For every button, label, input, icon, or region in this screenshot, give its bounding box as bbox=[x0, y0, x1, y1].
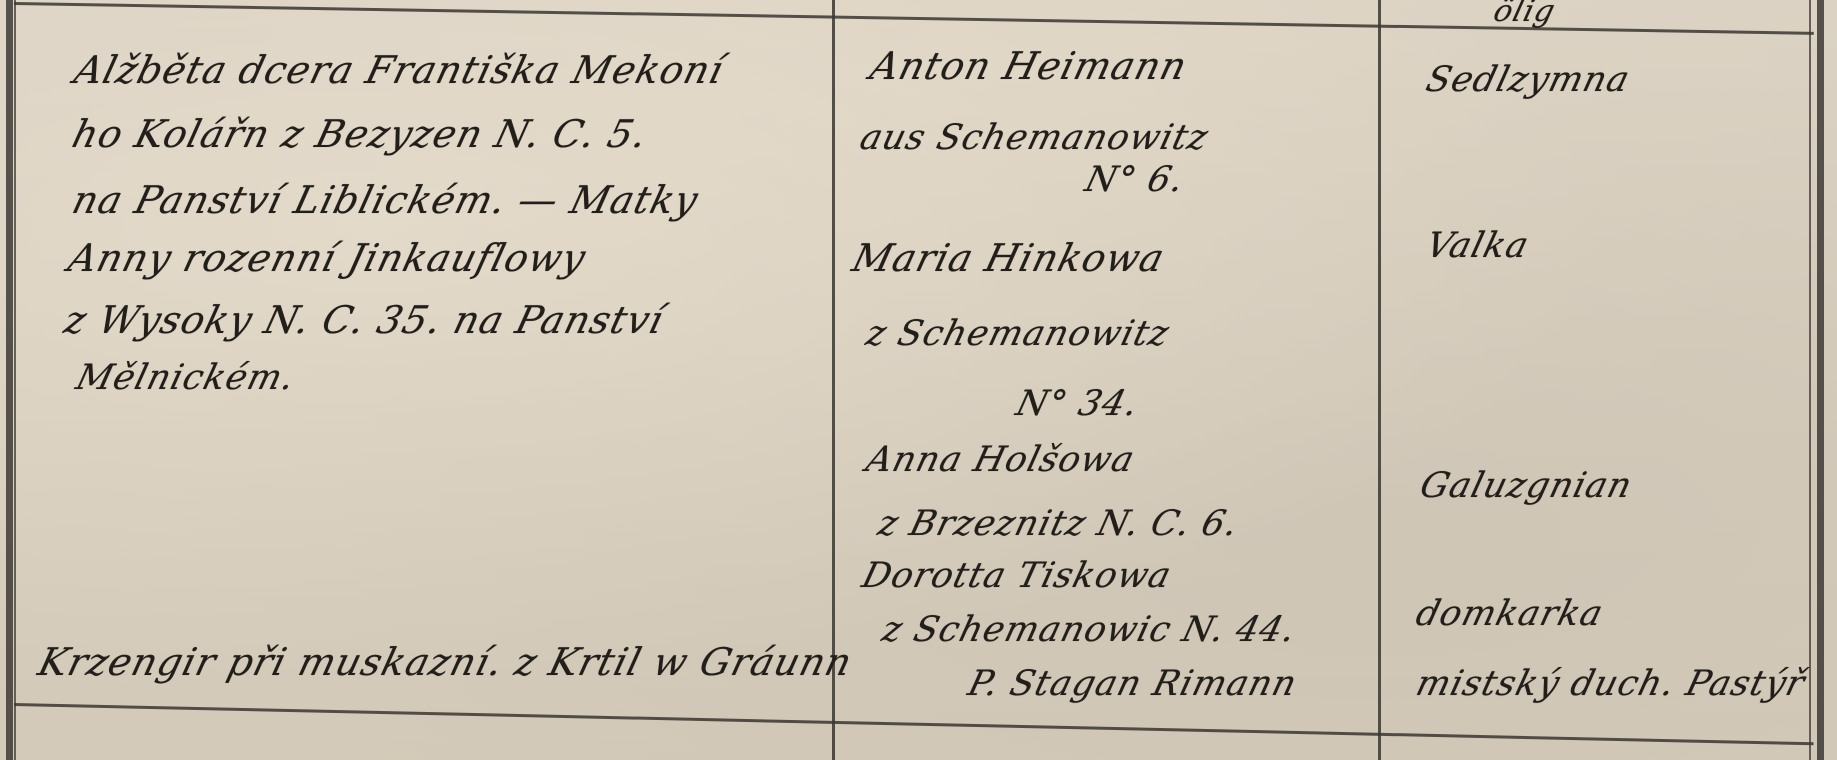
entry-line: na Panství Liblickém. — Matky bbox=[68, 178, 703, 222]
godparent-line: z Schemanowitz bbox=[862, 314, 1174, 354]
bottom-row-col1: Krzengir při muskazní. z Krtil w Gráunn bbox=[34, 640, 857, 684]
godparent-line: z Brzeznitz N. C. 6. bbox=[874, 504, 1243, 544]
right-border-inner bbox=[1809, 0, 1811, 760]
left-border-inner bbox=[14, 0, 16, 760]
godparent-line: z Schemanowic N. 44. bbox=[878, 610, 1300, 650]
entry-line: z Wysoky N. C. 35. na Panství bbox=[60, 298, 669, 342]
entry-line: Alžběta dcera Františka Mekoní bbox=[70, 48, 729, 92]
column-status: Sedlzymna Valka Galuzgnian domkarka bbox=[1382, 0, 1807, 760]
column-divider-2 bbox=[1378, 0, 1381, 760]
house-number: N° 34. bbox=[1012, 384, 1143, 424]
status-line: Galuzgnian bbox=[1416, 466, 1637, 506]
godparent-line: Anton Heimann bbox=[866, 44, 1192, 88]
godparent-line: Dorotta Tiskowa bbox=[858, 556, 1176, 596]
entry-line: Anny rozenní Jinkauflowy bbox=[64, 236, 591, 280]
godparent-line: Maria Hinkowa bbox=[848, 236, 1169, 280]
entry-line: ho Kolářn z Bezyzen N. C. 5. bbox=[68, 112, 652, 156]
entry-line: Mělnickém. bbox=[72, 358, 299, 398]
right-border-outer bbox=[1817, 0, 1824, 760]
status-line: Sedlzymna bbox=[1422, 60, 1634, 100]
house-number: N° 6. bbox=[1081, 160, 1189, 200]
godparent-line: aus Schemanowitz bbox=[856, 118, 1213, 158]
column-godparents: Anton Heimann aus Schemanowitz N° 6. Mar… bbox=[836, 0, 1376, 760]
status-line: Valka bbox=[1422, 226, 1533, 266]
status-line: domkarka bbox=[1412, 594, 1608, 634]
godparent-line: Anna Holšowa bbox=[862, 440, 1139, 480]
register-page: ölig Alžběta dcera Františka Mekoní ho K… bbox=[0, 0, 1837, 760]
bottom-row-col2: P. Stagan Rimann bbox=[964, 664, 1301, 704]
bottom-row-col3: mistský duch. Pastýř bbox=[1412, 664, 1809, 704]
left-border-outer bbox=[6, 0, 13, 760]
